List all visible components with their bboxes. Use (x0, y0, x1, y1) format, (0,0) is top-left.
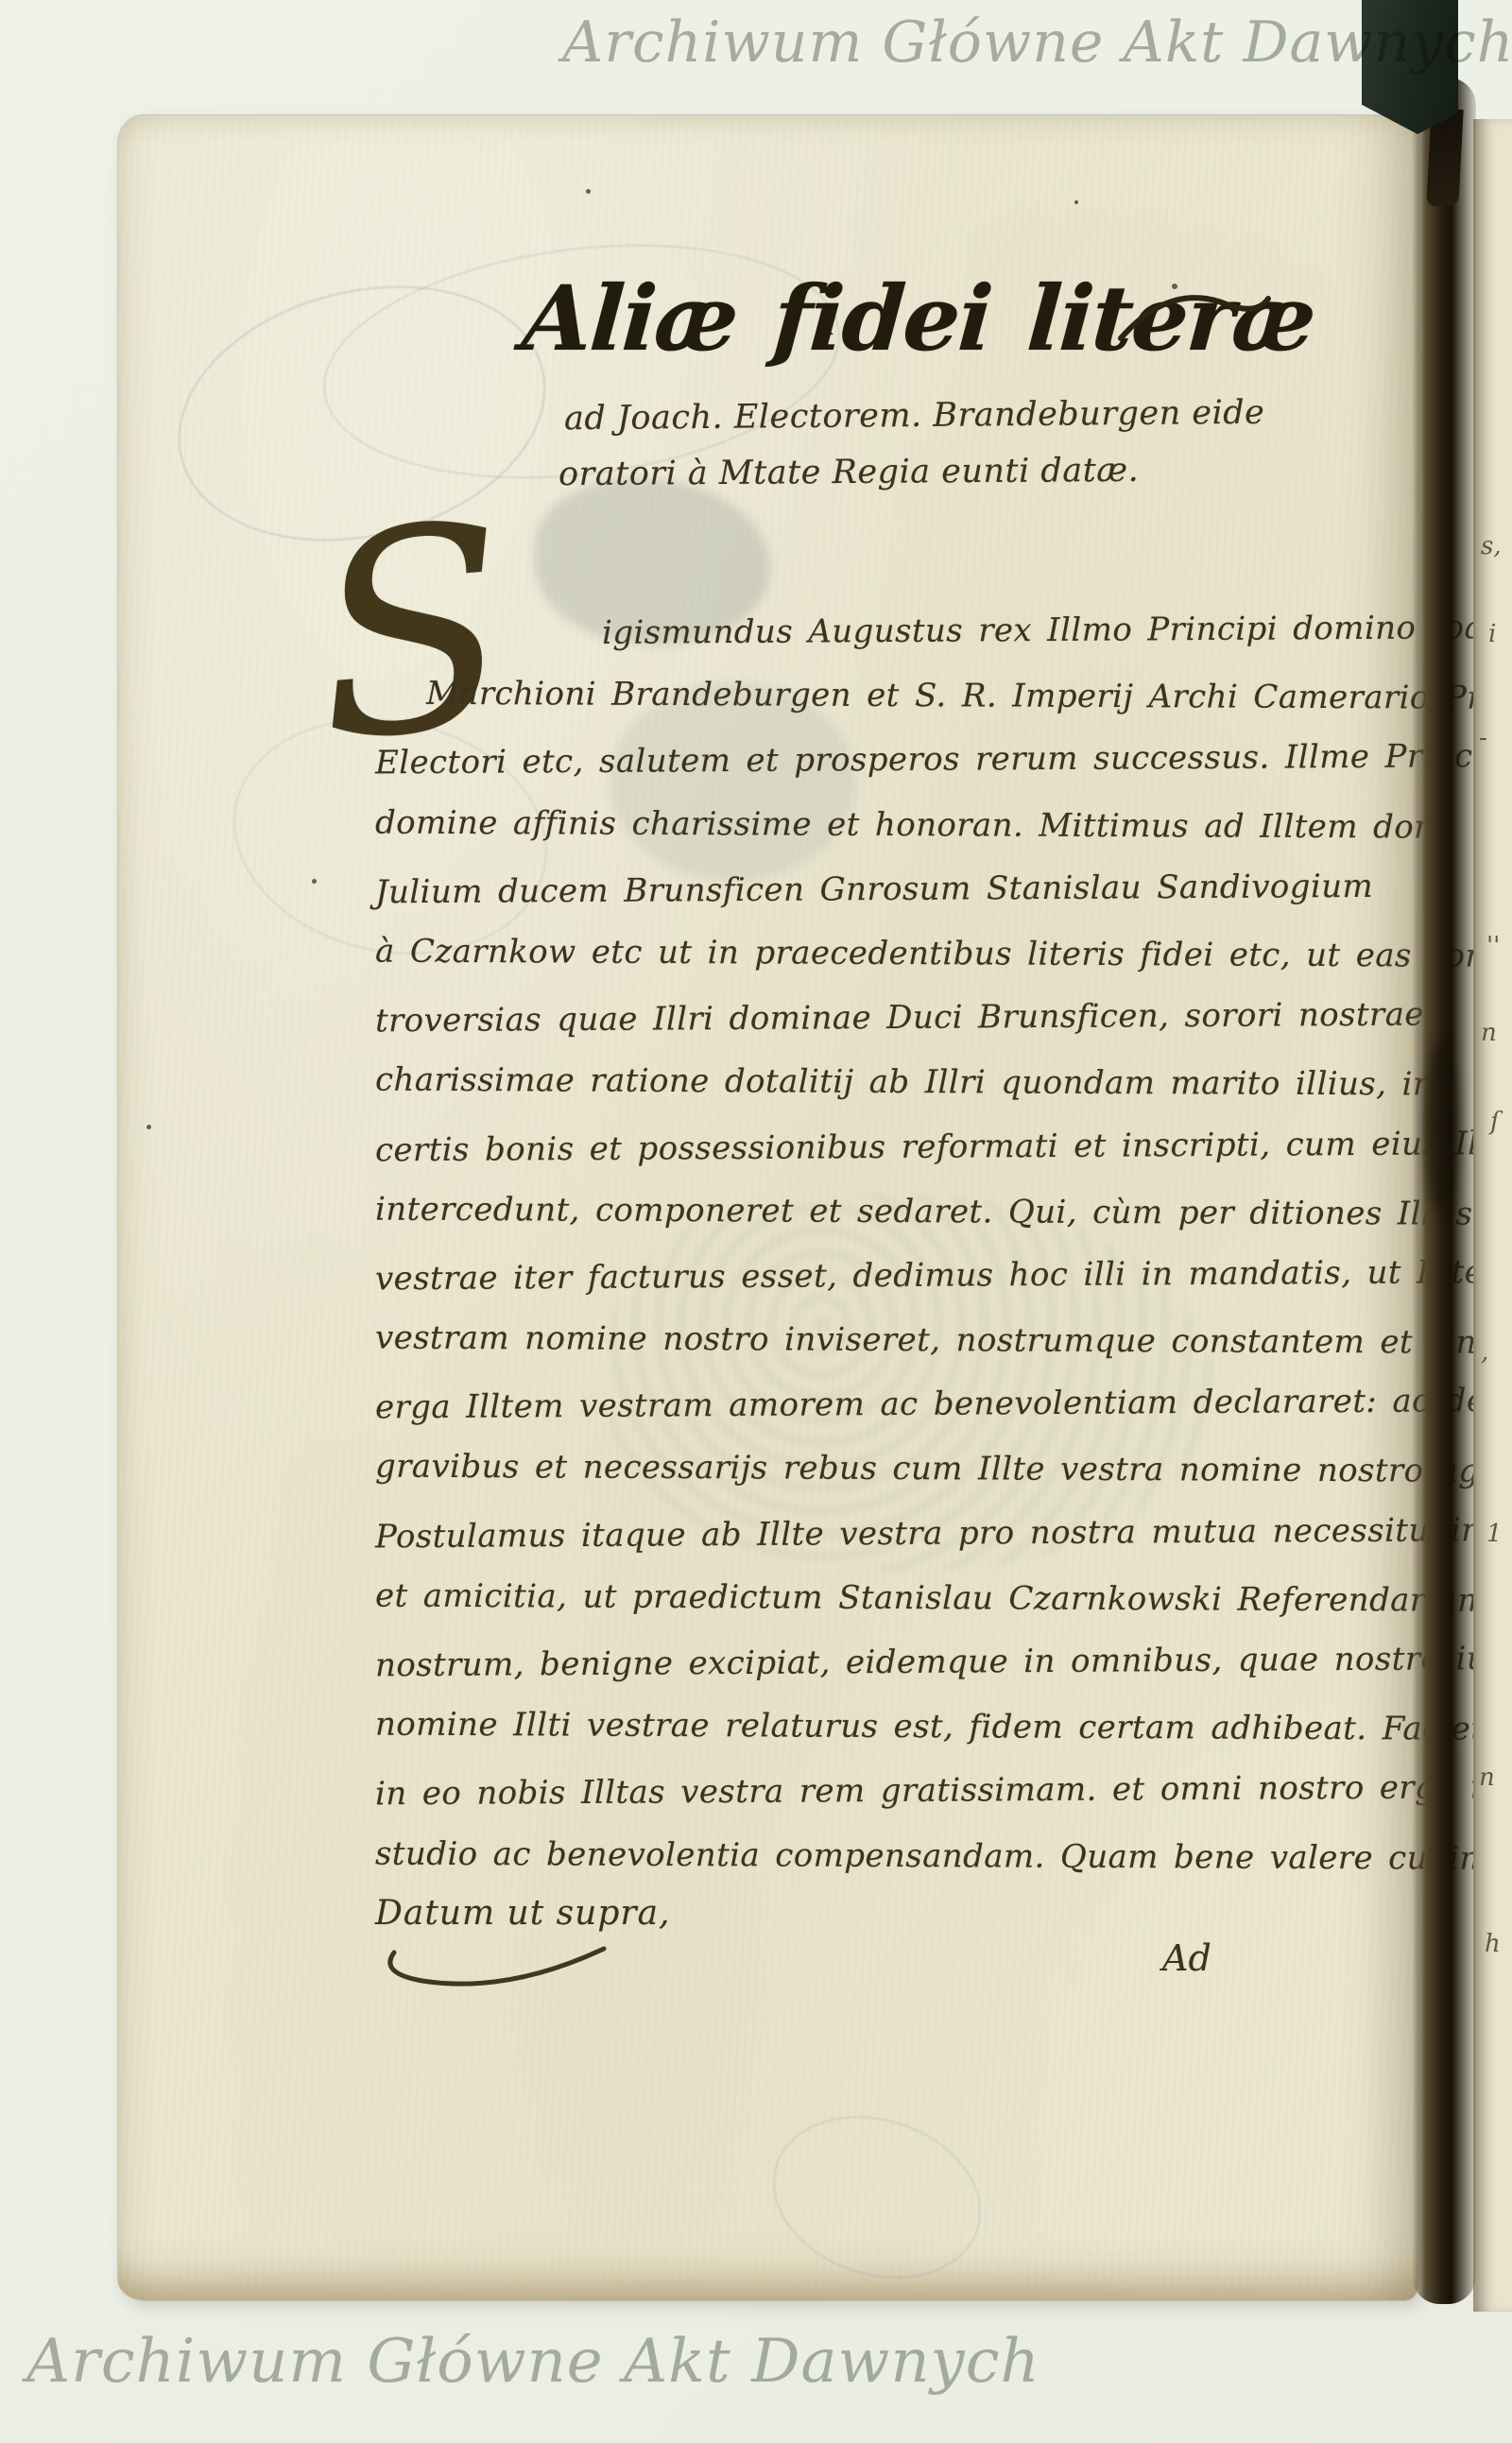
body-line: à Czarnkow etc ut in praecedentibus lite… (375, 920, 1407, 989)
body-text: igismundus Augustus rex Illmo Principi d… (375, 599, 1407, 1888)
body-line: nostrum, benigne excipiat, eidemque in o… (375, 1627, 1407, 1698)
facing-text-fragment: i (1488, 620, 1496, 648)
body-line: erga Illtem vestram amorem ac benevolent… (375, 1369, 1407, 1440)
body-line: Marchioni Brandeburgen et S. R. Imperij … (375, 662, 1407, 731)
pencil-swirl (751, 2090, 1003, 2305)
body-line: in eo nobis Illtas vestra rem gratissima… (375, 1756, 1407, 1827)
facing-page-edge: s, i - '' n ſ , 1 n h (1473, 119, 1512, 2312)
facing-text-fragment: '' (1486, 932, 1500, 960)
dateline: Datum ut supra, (375, 1894, 670, 1933)
body-line: intercedunt, componeret et sedaret. Qui,… (375, 1177, 1407, 1246)
body-line: Electori etc, salutem et prosperos rerum… (375, 725, 1407, 796)
binding-gutter-shadow (1412, 77, 1476, 2304)
body-line: certis bonis et possessionibus reformati… (375, 1111, 1407, 1182)
body-line: troversias quae Illri dominae Duci Bruns… (375, 983, 1407, 1054)
ink-speck (1074, 200, 1078, 204)
body-line: studio ac benevolentia compensandam. Qua… (375, 1821, 1407, 1890)
ink-speck (312, 879, 317, 884)
body-line: domine affinis charissime et honoran. Mi… (375, 790, 1407, 859)
title-flourish (1115, 276, 1276, 361)
body-line: nomine Illti vestrae relaturus est, fide… (375, 1693, 1407, 1762)
body-line: gravibus et necessarijs rebus cum Illte … (375, 1435, 1407, 1504)
manuscript-page: Aliæ fidei literæ ad Joach. Electorem. B… (118, 115, 1418, 2300)
subtitle-line: ad Joach. Electorem. Brandeburgen eide (564, 394, 1265, 438)
facing-text-fragment: n (1479, 1763, 1495, 1792)
body-line: igismundus Augustus rex Illmo Principi d… (375, 596, 1407, 667)
body-line: vestram nomine nostro inviseret, nostrum… (375, 1306, 1407, 1375)
facing-text-fragment: s, (1481, 532, 1502, 560)
catchword: Ad (1162, 1937, 1211, 1979)
facing-text-fragment: h (1485, 1930, 1501, 1958)
facing-text-fragment: , (1481, 1338, 1488, 1367)
body-line: Julium ducem Brunsficen Gnrosum Stanisla… (375, 853, 1407, 924)
facing-text-fragment: ſ (1490, 1108, 1500, 1136)
archive-watermark-bottom: Archiwum Główne Akt Dawnych (26, 2327, 1040, 2397)
bookmark-ribbon (1362, 0, 1458, 134)
body-line: vestrae iter facturus esset, dedimus hoc… (375, 1241, 1407, 1312)
body-line: et amicitia, ut praedictum Stanislau Cza… (375, 1563, 1407, 1632)
body-line: Postulamus itaque ab Illte vestra pro no… (375, 1498, 1407, 1569)
facing-text-fragment: 1 (1486, 1520, 1503, 1548)
body-line: charissimae ratione dotalitij ab Illri q… (375, 1048, 1407, 1117)
ink-speck (586, 189, 591, 194)
facing-text-fragment: - (1479, 724, 1487, 752)
ink-speck (146, 1125, 151, 1129)
subtitle-line: oratori à Mtate Regia eunti datæ. (558, 452, 1139, 493)
scanned-manuscript-spread: Aliæ fidei literæ ad Joach. Electorem. B… (0, 0, 1512, 2443)
facing-text-fragment: n (1481, 1019, 1497, 1047)
dateline-flourish (366, 1939, 630, 1996)
